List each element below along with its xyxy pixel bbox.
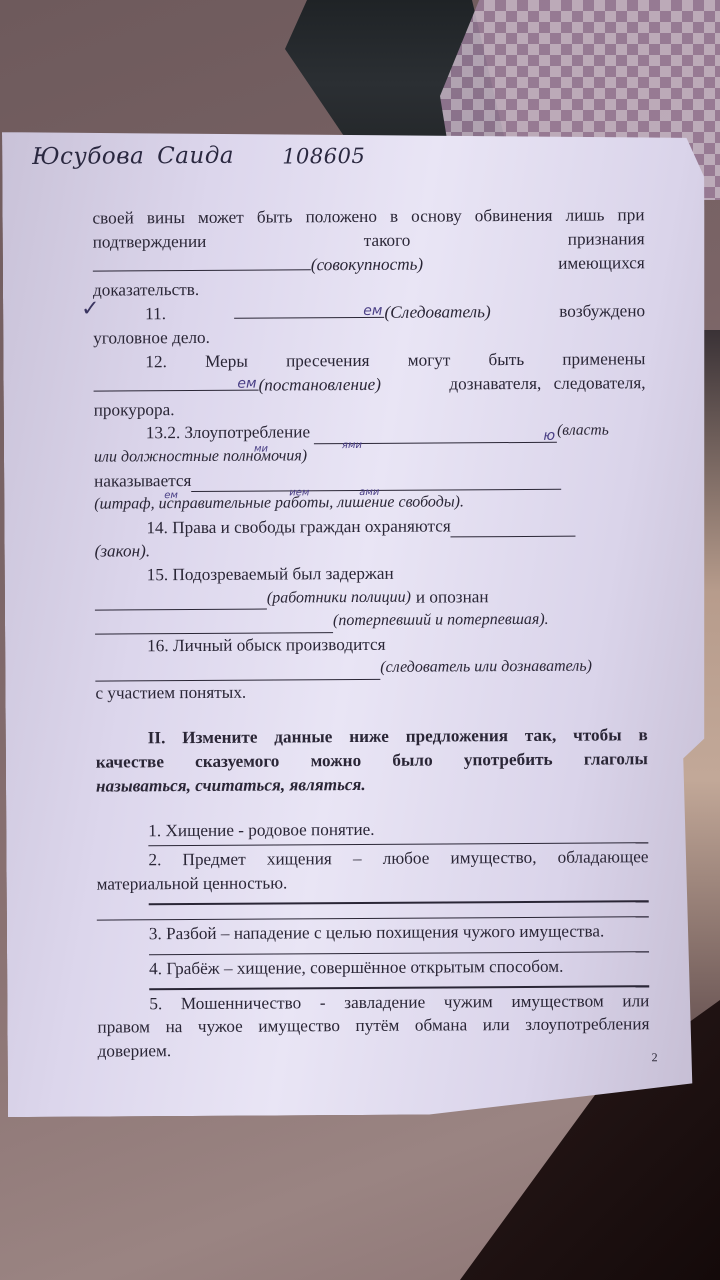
handwritten-mark: ами xyxy=(359,481,379,505)
text: пресечения xyxy=(286,348,370,372)
text: возбуждено xyxy=(559,300,645,324)
text: с участием понятых. xyxy=(95,678,647,705)
heading-line: II. Измените данные ниже предложения так… xyxy=(96,724,648,751)
exercise-item-2: 2. Предмет хищения – любое имущество, об… xyxy=(96,845,648,920)
text: 15. Подозреваемый был задержан xyxy=(95,560,647,587)
exercise-item-4: 4. Грабёж – хищение, совершённое открыты… xyxy=(97,954,649,990)
text: подтверждении xyxy=(93,230,207,254)
answer-blank[interactable] xyxy=(93,252,311,271)
text: такого xyxy=(364,228,411,252)
item-16: 16. Личный обыск производится (следовате… xyxy=(95,631,647,705)
hint: (штраф, исправительные работы, лишение с… xyxy=(94,493,464,512)
page-number: 2 xyxy=(652,1050,658,1065)
text: имеющихся xyxy=(558,251,645,275)
text: материальной ценностью. xyxy=(97,869,649,896)
student-surname: Юсубова xyxy=(32,143,144,170)
text: доверием. xyxy=(98,1036,650,1063)
text: быть xyxy=(488,348,524,372)
text: 13.2. Злоупотребление xyxy=(146,421,310,446)
handwritten-answer: ем xyxy=(237,377,256,391)
heading-line: качестве сказуемого можно было употребит… xyxy=(96,747,648,774)
handwritten-answer: ем xyxy=(363,304,382,318)
answer-blank[interactable] xyxy=(95,662,380,682)
worksheet-page: Юсубова Саида 108605 своей вины может бы… xyxy=(2,128,710,1117)
text: уголовное дело. xyxy=(93,323,645,350)
text: могут xyxy=(408,348,451,372)
handwritten-mark: ем xyxy=(164,484,178,508)
hint: (работники полиции) xyxy=(267,585,411,609)
item-number: 12. xyxy=(145,350,167,374)
answer-blank[interactable] xyxy=(95,615,333,634)
hint: (закон). xyxy=(94,537,646,564)
handwritten-mark: ми xyxy=(254,437,268,461)
text: признания xyxy=(568,227,645,251)
text: 5. Мошенничество - завладение чужим имущ… xyxy=(97,989,649,1016)
item-15: 15. Подозреваемый был задержан (работник… xyxy=(95,560,647,634)
item-12: 12. Меры пресечения могут быть применены… xyxy=(93,347,645,422)
item-11: ✓ 11. ем(Следователь) возбуждено уголовн… xyxy=(93,299,645,351)
item-14: 14. Права и свободы граждан охраняются (… xyxy=(94,513,646,564)
handwritten-header: Юсубова Саида 108605 xyxy=(32,138,632,182)
exercise-item-3: 3. Разбой – нападение с целью похищения … xyxy=(97,919,649,955)
text: 1. Хищение - родовое понятие. xyxy=(96,816,648,843)
answer-line[interactable] xyxy=(149,901,649,905)
text: 14. Права и свободы граждан охраняются xyxy=(146,514,450,539)
text: 2. Предмет хищения – любое имущество, об… xyxy=(96,845,648,872)
carryover-line-2: подтверждении такого признания xyxy=(93,227,645,254)
hint: или должностные полномочия) xyxy=(94,447,307,465)
student-number: 108605 xyxy=(282,144,365,169)
text: 3. Разбой – нападение с целью похищения … xyxy=(97,919,649,946)
worksheet-content: своей вины может быть положено в основу … xyxy=(92,203,649,1063)
hint: (совокупность) xyxy=(311,255,423,275)
answer-blank[interactable]: ем xyxy=(93,373,258,392)
answer-blank[interactable] xyxy=(451,519,576,538)
text: дознавателя, следователя, xyxy=(449,371,645,396)
handwritten-mark: ием xyxy=(289,481,309,505)
hint: (власть xyxy=(557,419,609,443)
heading-verbs: называться, считаться, являться. xyxy=(96,771,648,798)
text: прокурора. xyxy=(94,395,646,422)
exercise-item-5: 5. Мошенничество - завладение чужим имущ… xyxy=(97,989,649,1063)
text: применены xyxy=(562,347,645,371)
hint: (потерпевший и потерпевшая). xyxy=(333,608,549,633)
handwritten-mark: ями xyxy=(342,434,362,458)
text: и опознан xyxy=(416,585,489,609)
text: 4. Грабёж – хищение, совершённое открыты… xyxy=(97,954,649,981)
answer-blank[interactable] xyxy=(95,592,267,611)
carryover-line-4: доказательств. xyxy=(93,275,645,302)
checkmark-icon: ✓ xyxy=(81,298,100,322)
item-number: 11. xyxy=(145,303,166,327)
text: Меры xyxy=(205,349,248,373)
hint: (следователь или дознаватель) xyxy=(380,655,592,680)
handwritten-answer: ю xyxy=(543,429,555,443)
exercise-item-1: 1. Хищение - родовое понятие. xyxy=(96,816,648,846)
hint: (постановление) xyxy=(258,375,380,395)
text: 16. Личный обыск производится xyxy=(95,631,647,658)
carryover-line-3: (совокупность) имеющихся xyxy=(93,250,645,278)
answer-blank[interactable]: ем xyxy=(234,300,384,319)
student-name: Саида xyxy=(157,143,234,169)
hint: (Следователь) xyxy=(384,303,490,323)
item-13: 13.2. Злоупотребление ю (власть или долж… xyxy=(94,419,647,517)
carryover-line-1: своей вины может быть положено в основу … xyxy=(92,203,644,230)
text: правом на чужое имущество путём обмана и… xyxy=(97,1013,649,1040)
section-2-heading: II. Измените данные ниже предложения так… xyxy=(96,724,648,798)
